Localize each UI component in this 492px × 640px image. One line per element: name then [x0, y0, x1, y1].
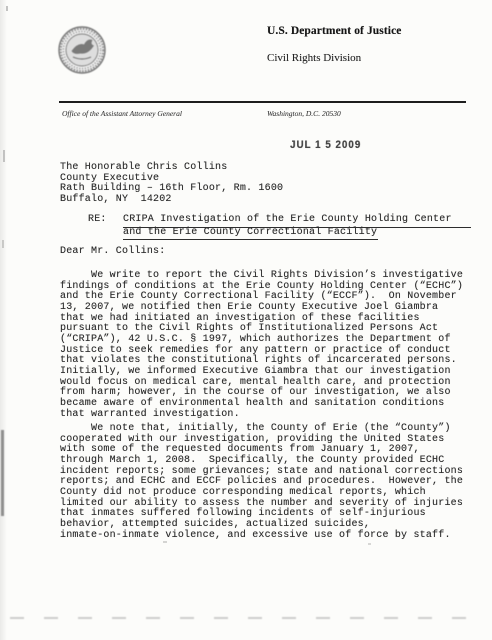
scan-artifact-speck	[368, 543, 371, 545]
scan-artifact-speck	[2, 240, 4, 248]
recipient-address-block: The Honorable Chris Collins County Execu…	[60, 163, 283, 206]
received-date-stamp: JUL 1 5 2009	[290, 139, 361, 151]
office-of-aag-label: Office of the Assistant Attorney General	[62, 109, 182, 118]
letterhead-divider	[59, 101, 466, 103]
subject-line-2: and the Erie County Correctional Facilit…	[123, 228, 378, 241]
washington-dc-label: Washington, D.C. 20530	[267, 109, 341, 118]
agency-title: U.S. Department of Justice	[267, 25, 402, 37]
scan-artifact-streak	[1, 430, 4, 516]
scan-artifact-speck	[163, 541, 167, 543]
re-label: RE:	[88, 215, 107, 226]
scan-artifact-smudge	[10, 617, 478, 619]
body-paragraph-2: We note that, initially, the County of E…	[60, 424, 463, 541]
scan-artifact-speck	[3, 150, 5, 162]
body-paragraph-1: We write to report the Civil Rights Divi…	[60, 271, 463, 420]
letter-page: U.S. Department of Justice Civil Rights …	[0, 0, 492, 640]
division-subtitle: Civil Rights Division	[267, 52, 361, 64]
subject-line-1: CRIPA Investigation of the Erie County H…	[123, 215, 471, 228]
doj-seal-icon	[56, 24, 108, 76]
scan-artifact-speck	[6, 6, 8, 11]
salutation: Dear Mr. Collins:	[60, 247, 165, 258]
